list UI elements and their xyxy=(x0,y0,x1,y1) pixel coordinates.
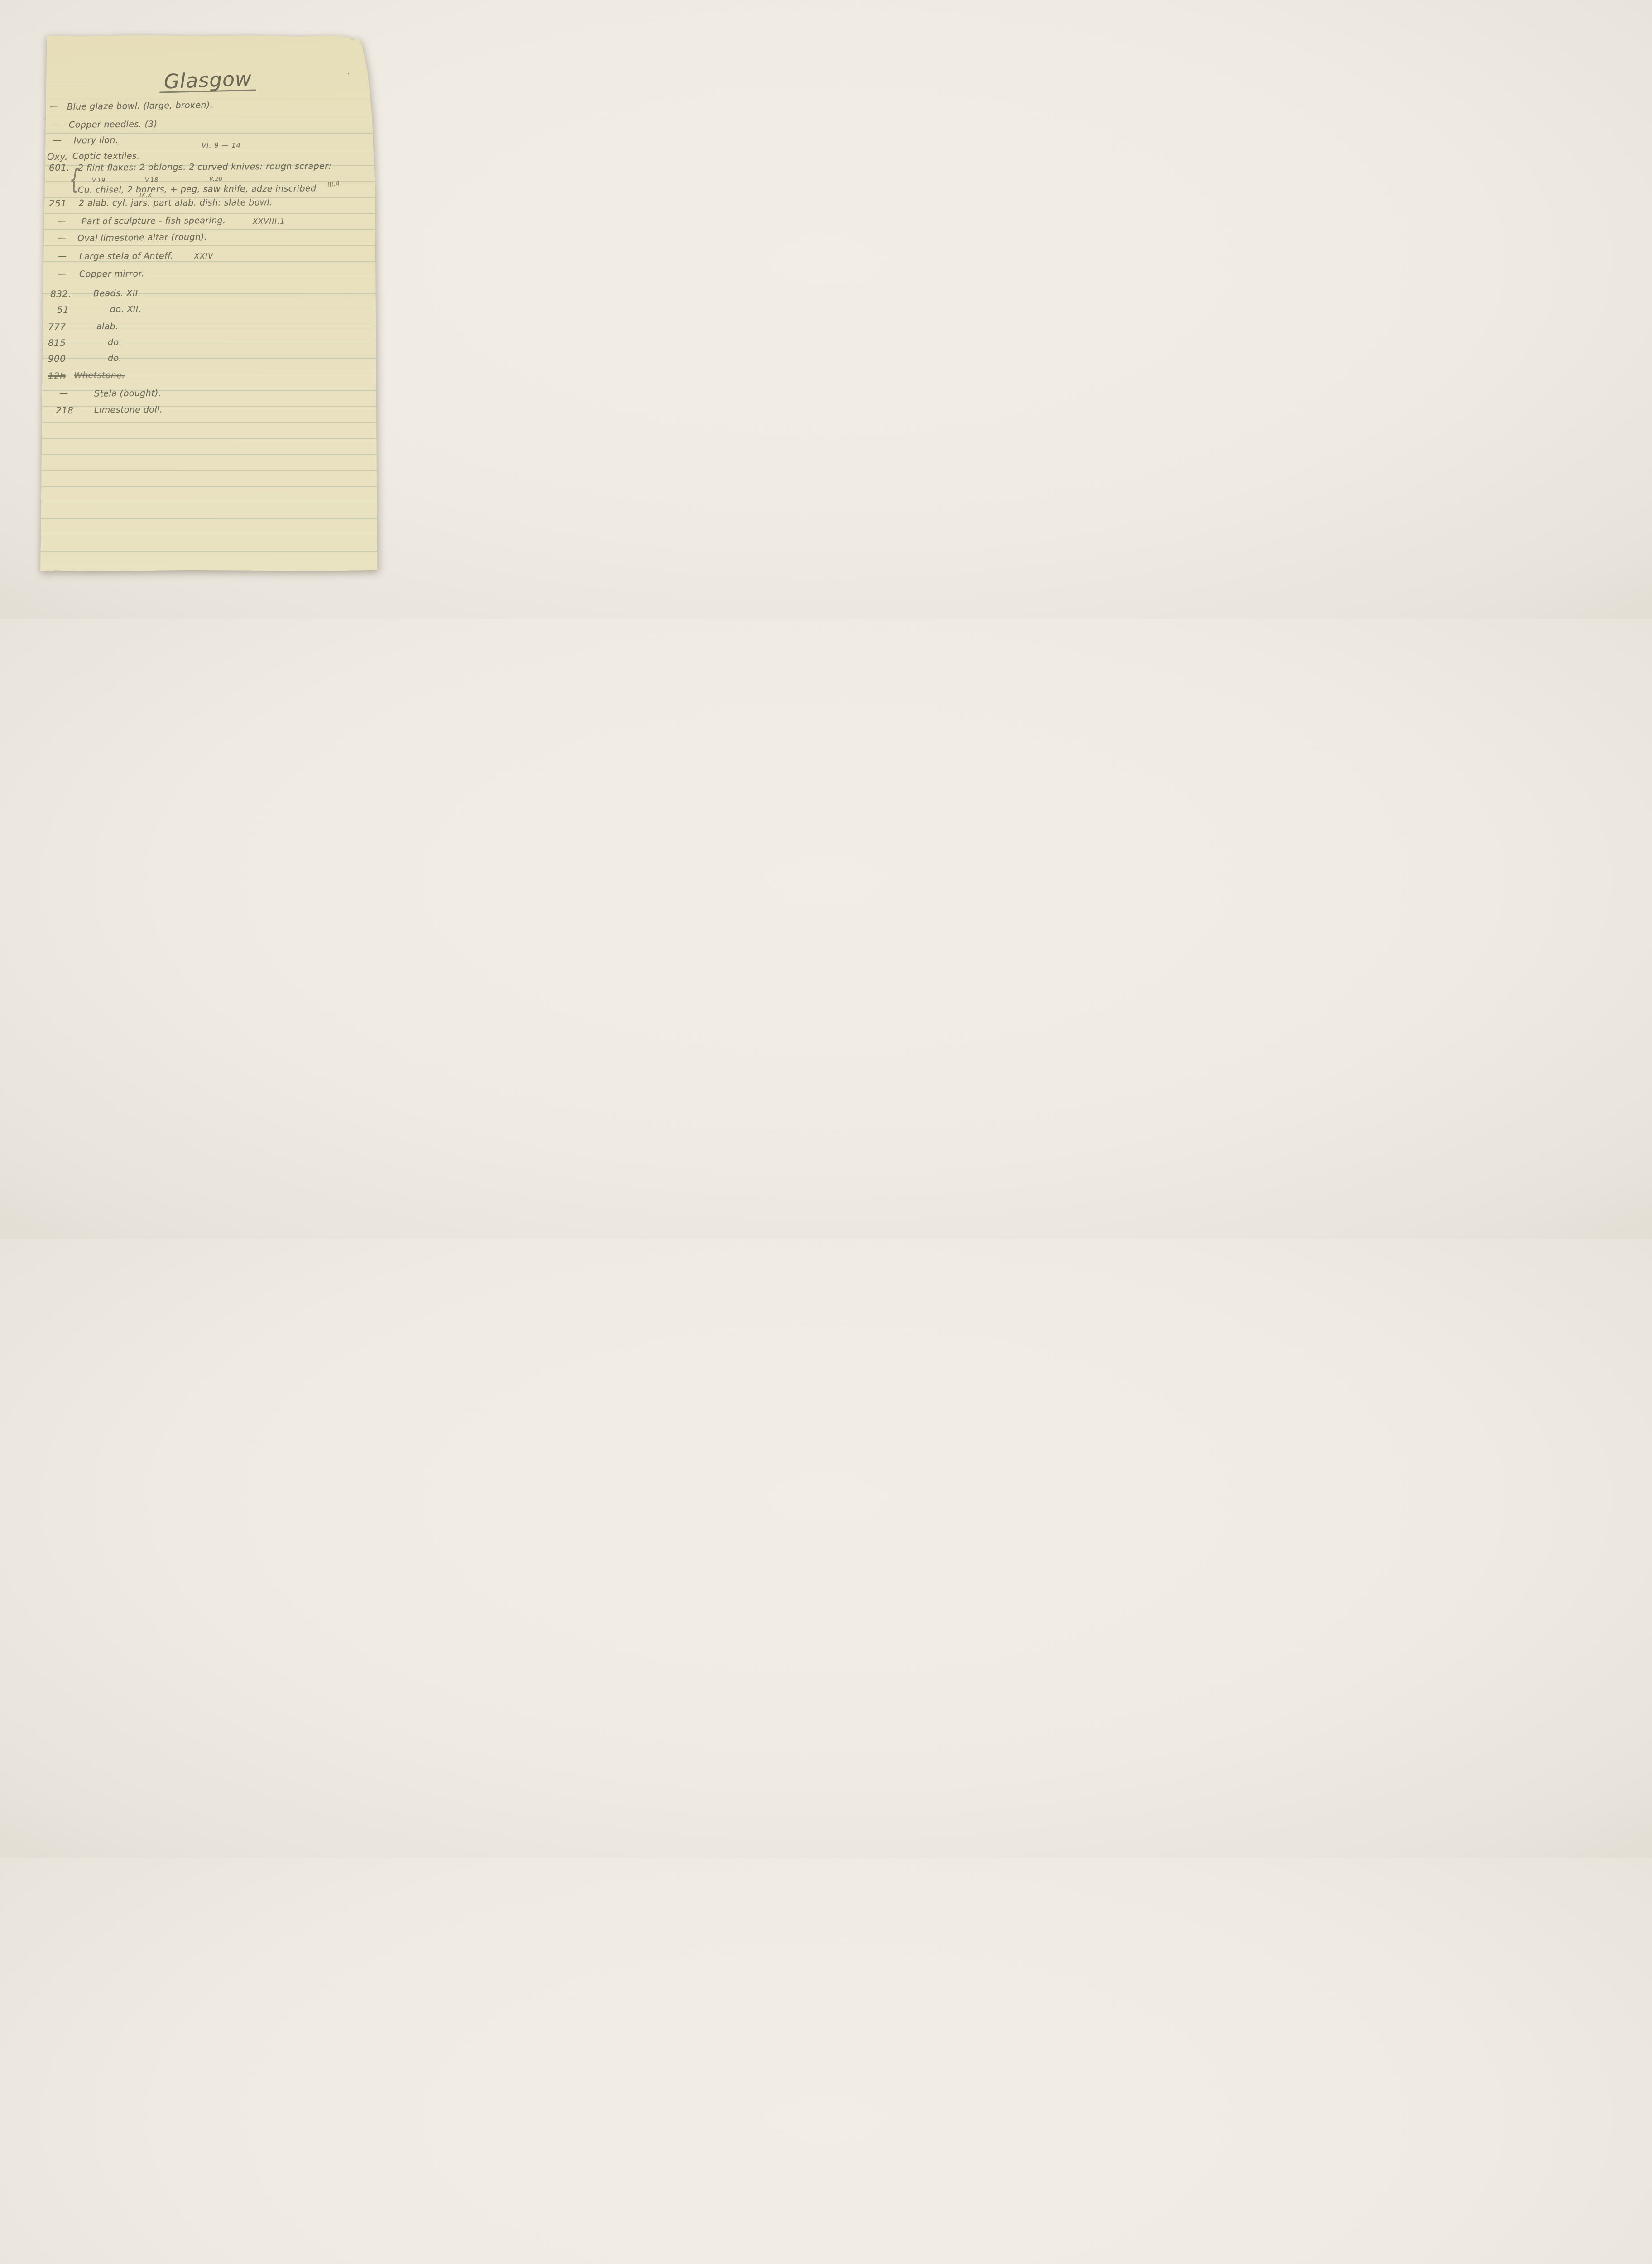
plate-superscript: V.18 xyxy=(145,177,158,184)
plate-reference: XXIV xyxy=(194,252,213,261)
handwriting-layer: Glasgow — Blue glaze bowl. (large, broke… xyxy=(0,0,413,619)
plate-superscript: V.20 xyxy=(209,176,223,183)
entry-text: Coptic textiles. xyxy=(72,151,140,162)
scanned-page: Glasgow — Blue glaze bowl. (large, broke… xyxy=(0,0,413,619)
plate-superscript: V.19 xyxy=(92,177,106,184)
entry-text: Stela (bought). xyxy=(94,388,161,399)
entry-ref: 601. xyxy=(49,162,70,173)
entry-ref: 900 xyxy=(48,353,66,365)
entry-ref: — xyxy=(50,101,59,112)
entry-text: 2 alab. cyl. jars: part alab. dish: slat… xyxy=(79,197,273,209)
entry-text: Copper mirror. xyxy=(79,269,144,280)
entry-ref-struck: 12h xyxy=(48,370,66,382)
corner-crease xyxy=(351,26,367,39)
plate-annotation: VI. 9 — 14 xyxy=(202,141,241,150)
paper-shadow-wrap: Glasgow — Blue glaze bowl. (large, broke… xyxy=(0,0,413,619)
entry-ref: 815 xyxy=(48,337,66,349)
entry-text: Copper needles. (3) xyxy=(69,119,158,130)
entry-text: Limestone doll. xyxy=(94,405,163,416)
entry-ref: 251 xyxy=(49,198,67,209)
entry-text: do. XII. xyxy=(110,304,141,315)
entry-text-struck: Whetstone. xyxy=(74,370,125,381)
entry-ref: — xyxy=(54,120,63,130)
entry-text: Part of sculpture - fish spearing. xyxy=(82,216,226,227)
entry-text: Ivory lion. xyxy=(74,135,118,146)
entry-text: 2 flint flakes: 2 oblongs. 2 curved kniv… xyxy=(78,161,331,174)
entry-ref: 832. xyxy=(50,288,71,300)
entry-ref: Oxy. xyxy=(47,151,68,163)
entry-text: alab. xyxy=(96,321,119,332)
entry-text: do. xyxy=(108,337,122,348)
entry-ref: 218 xyxy=(56,405,73,416)
note-paper: Glasgow — Blue glaze bowl. (large, broke… xyxy=(0,0,413,619)
entry-ref: 777 xyxy=(48,321,66,333)
entry-ref: 51 xyxy=(57,304,69,316)
entry-ref: — xyxy=(58,269,67,280)
entry-text: Oval limestone altar (rough). xyxy=(77,232,207,244)
entry-text: Blue glaze bowl. (large, broken). xyxy=(67,100,213,113)
entry-ref: — xyxy=(58,233,67,244)
entry-text: Cu. chisel, 2 borers, + peg, saw knife, … xyxy=(78,183,317,196)
entry-ref: — xyxy=(59,389,68,399)
plate-reference: XXVIII.1 xyxy=(253,217,285,226)
plate-superscript: III.4 xyxy=(327,180,341,189)
entry-text: Large stela of Anteff. xyxy=(79,251,173,262)
entry-ref: — xyxy=(53,135,62,146)
entry-ref: — xyxy=(58,251,67,262)
entry-text: Beads. XII. xyxy=(93,288,141,299)
entry-ref: — xyxy=(58,216,67,227)
entry-text: do. xyxy=(108,353,122,364)
